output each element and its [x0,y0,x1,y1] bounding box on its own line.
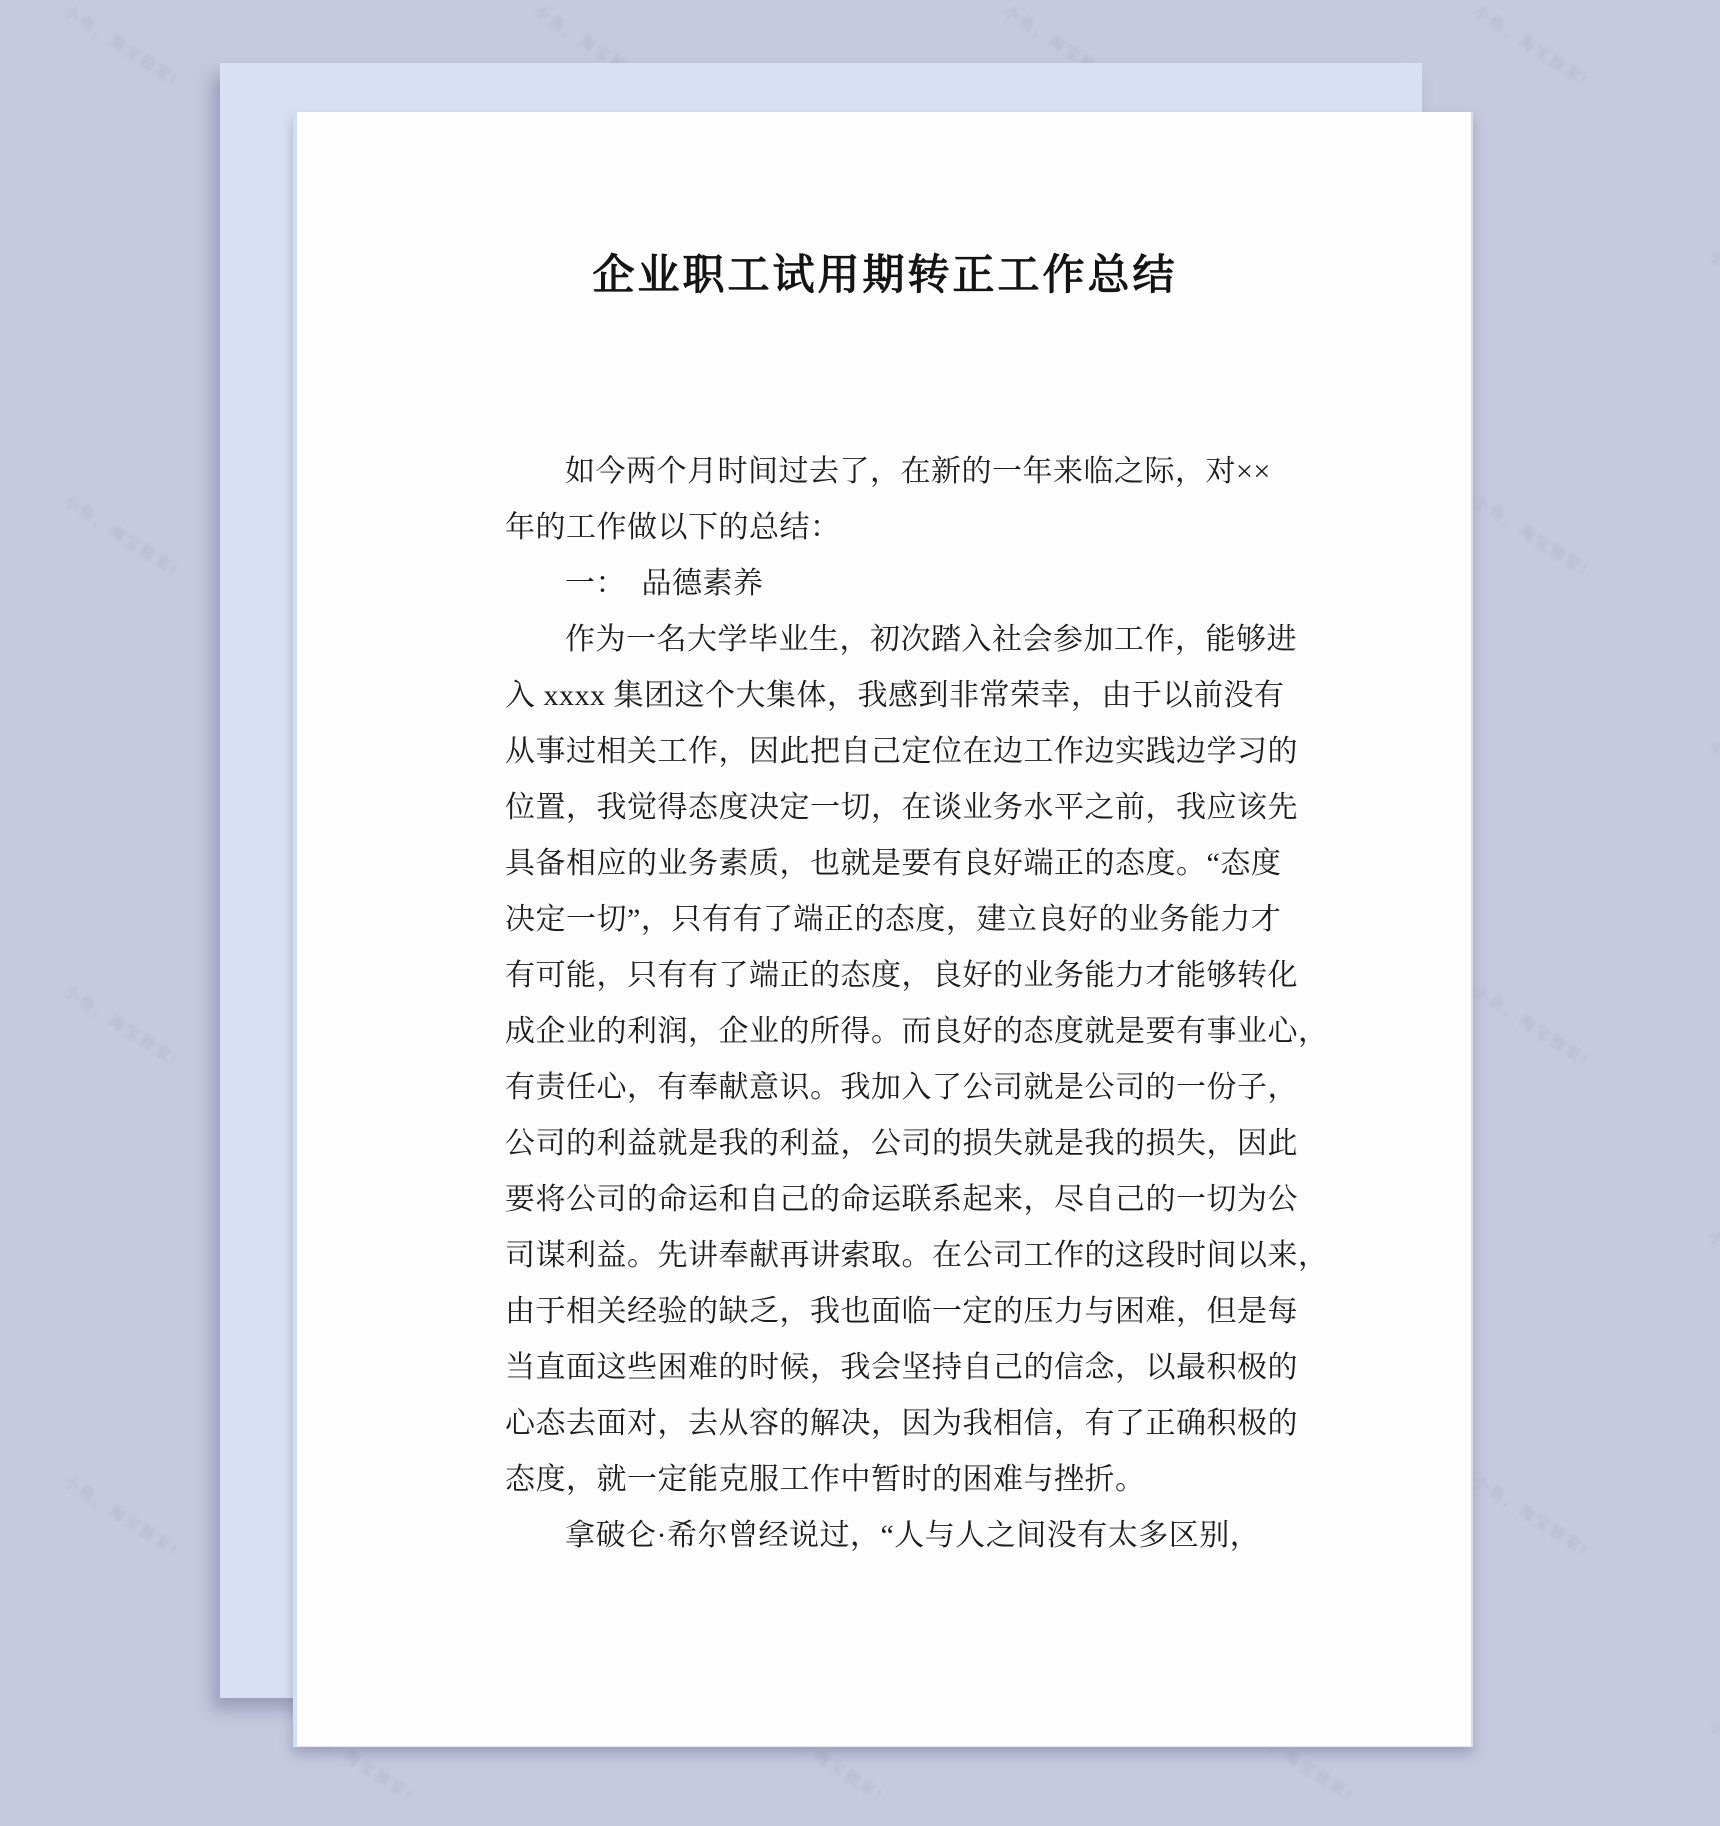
doc-line: 态度，就一定能克服工作中暂时的困难与挫折。 [505,1452,1265,1508]
doc-line: 决定一切”，只有有了端正的态度，建立良好的业务能力才 [505,892,1265,948]
doc-line: 有可能，只有有了端正的态度，良好的业务能力才能够转化 [505,948,1265,1004]
watermark-text: 小鱼，淘宝独家! [1470,1470,1594,1561]
watermark-text: 小鱼，淘宝独家! [1705,735,1720,826]
watermark-text: 小鱼，淘宝独家! [1470,0,1594,91]
doc-line: 有责任心，有奉献意识。我加入了公司就是公司的一份子， [505,1060,1265,1116]
doc-line: 成企业的利润，企业的所得。而良好的态度就是要有事业心， [505,1004,1265,1060]
watermark-text: 小鱼，淘宝独家! [60,490,184,581]
doc-line: 位置，我觉得态度决定一切，在谈业务水平之前，我应该先 [505,780,1265,836]
watermark-text: 小鱼，淘宝独家! [1470,980,1594,1071]
watermark-text: 小鱼，淘宝独家! [1705,1225,1720,1316]
doc-line: 作为一名大学毕业生，初次踏入社会参加工作，能够进 [505,612,1265,668]
doc-line: 入 xxxx 集团这个大集体，我感到非常荣幸，由于以前没有 [505,668,1265,724]
doc-line: 年的工作做以下的总结： [505,500,1265,556]
doc-line: 当直面这些困难的时候，我会坚持自己的信念，以最积极的 [505,1340,1265,1396]
document-preview: { "document": { "title": "企业职工试用期转正工作总结"… [0,0,1720,1826]
doc-line: 司谋利益。先讲奉献再讲索取。在公司工作的这段时间以来， [505,1228,1265,1284]
document-body: 如今两个月时间过去了，在新的一年来临之际，对×× 年的工作做以下的总结： 一： … [505,444,1265,1564]
doc-line: 从事过相关工作，因此把自己定位在边工作边实践边学习的 [505,724,1265,780]
document-content: 企业职工试用期转正工作总结 如今两个月时间过去了，在新的一年来临之际，对×× 年… [505,112,1265,1747]
desk-background: 小鱼，淘宝独家!小鱼，淘宝独家!小鱼，淘宝独家!小鱼，淘宝独家!小鱼，淘宝独家!… [0,0,1720,1826]
doc-line: 公司的利益就是我的利益，公司的损失就是我的损失，因此 [505,1116,1265,1172]
watermark-text: 小鱼，淘宝独家! [60,0,184,91]
watermark-text: 小鱼，淘宝独家! [1705,245,1720,336]
doc-line: 如今两个月时间过去了，在新的一年来临之际，对×× [505,444,1265,500]
document-page: 企业职工试用期转正工作总结 如今两个月时间过去了，在新的一年来临之际，对×× 年… [293,112,1473,1747]
doc-line: 具备相应的业务素质，也就是要有良好端正的态度。“态度 [505,836,1265,892]
watermark-text: 小鱼，淘宝独家! [1470,490,1594,581]
doc-line: 要将公司的命运和自己的命运联系起来，尽自己的一切为公 [505,1172,1265,1228]
watermark-text: 小鱼，淘宝独家! [60,1470,184,1561]
doc-line: 心态去面对，去从容的解决，因为我相信，有了正确积极的 [505,1396,1265,1452]
document-title: 企业职工试用期转正工作总结 [505,242,1265,302]
watermark-text: 小鱼，淘宝独家! [60,980,184,1071]
doc-line: 一： 品德素养 [505,556,1265,612]
doc-line: 由于相关经验的缺乏，我也面临一定的压力与困难，但是每 [505,1284,1265,1340]
doc-line: 拿破仑·希尔曾经说过，“人与人之间没有太多区别， [505,1508,1265,1564]
watermark-text: 小鱼，淘宝独家! [1705,1715,1720,1806]
